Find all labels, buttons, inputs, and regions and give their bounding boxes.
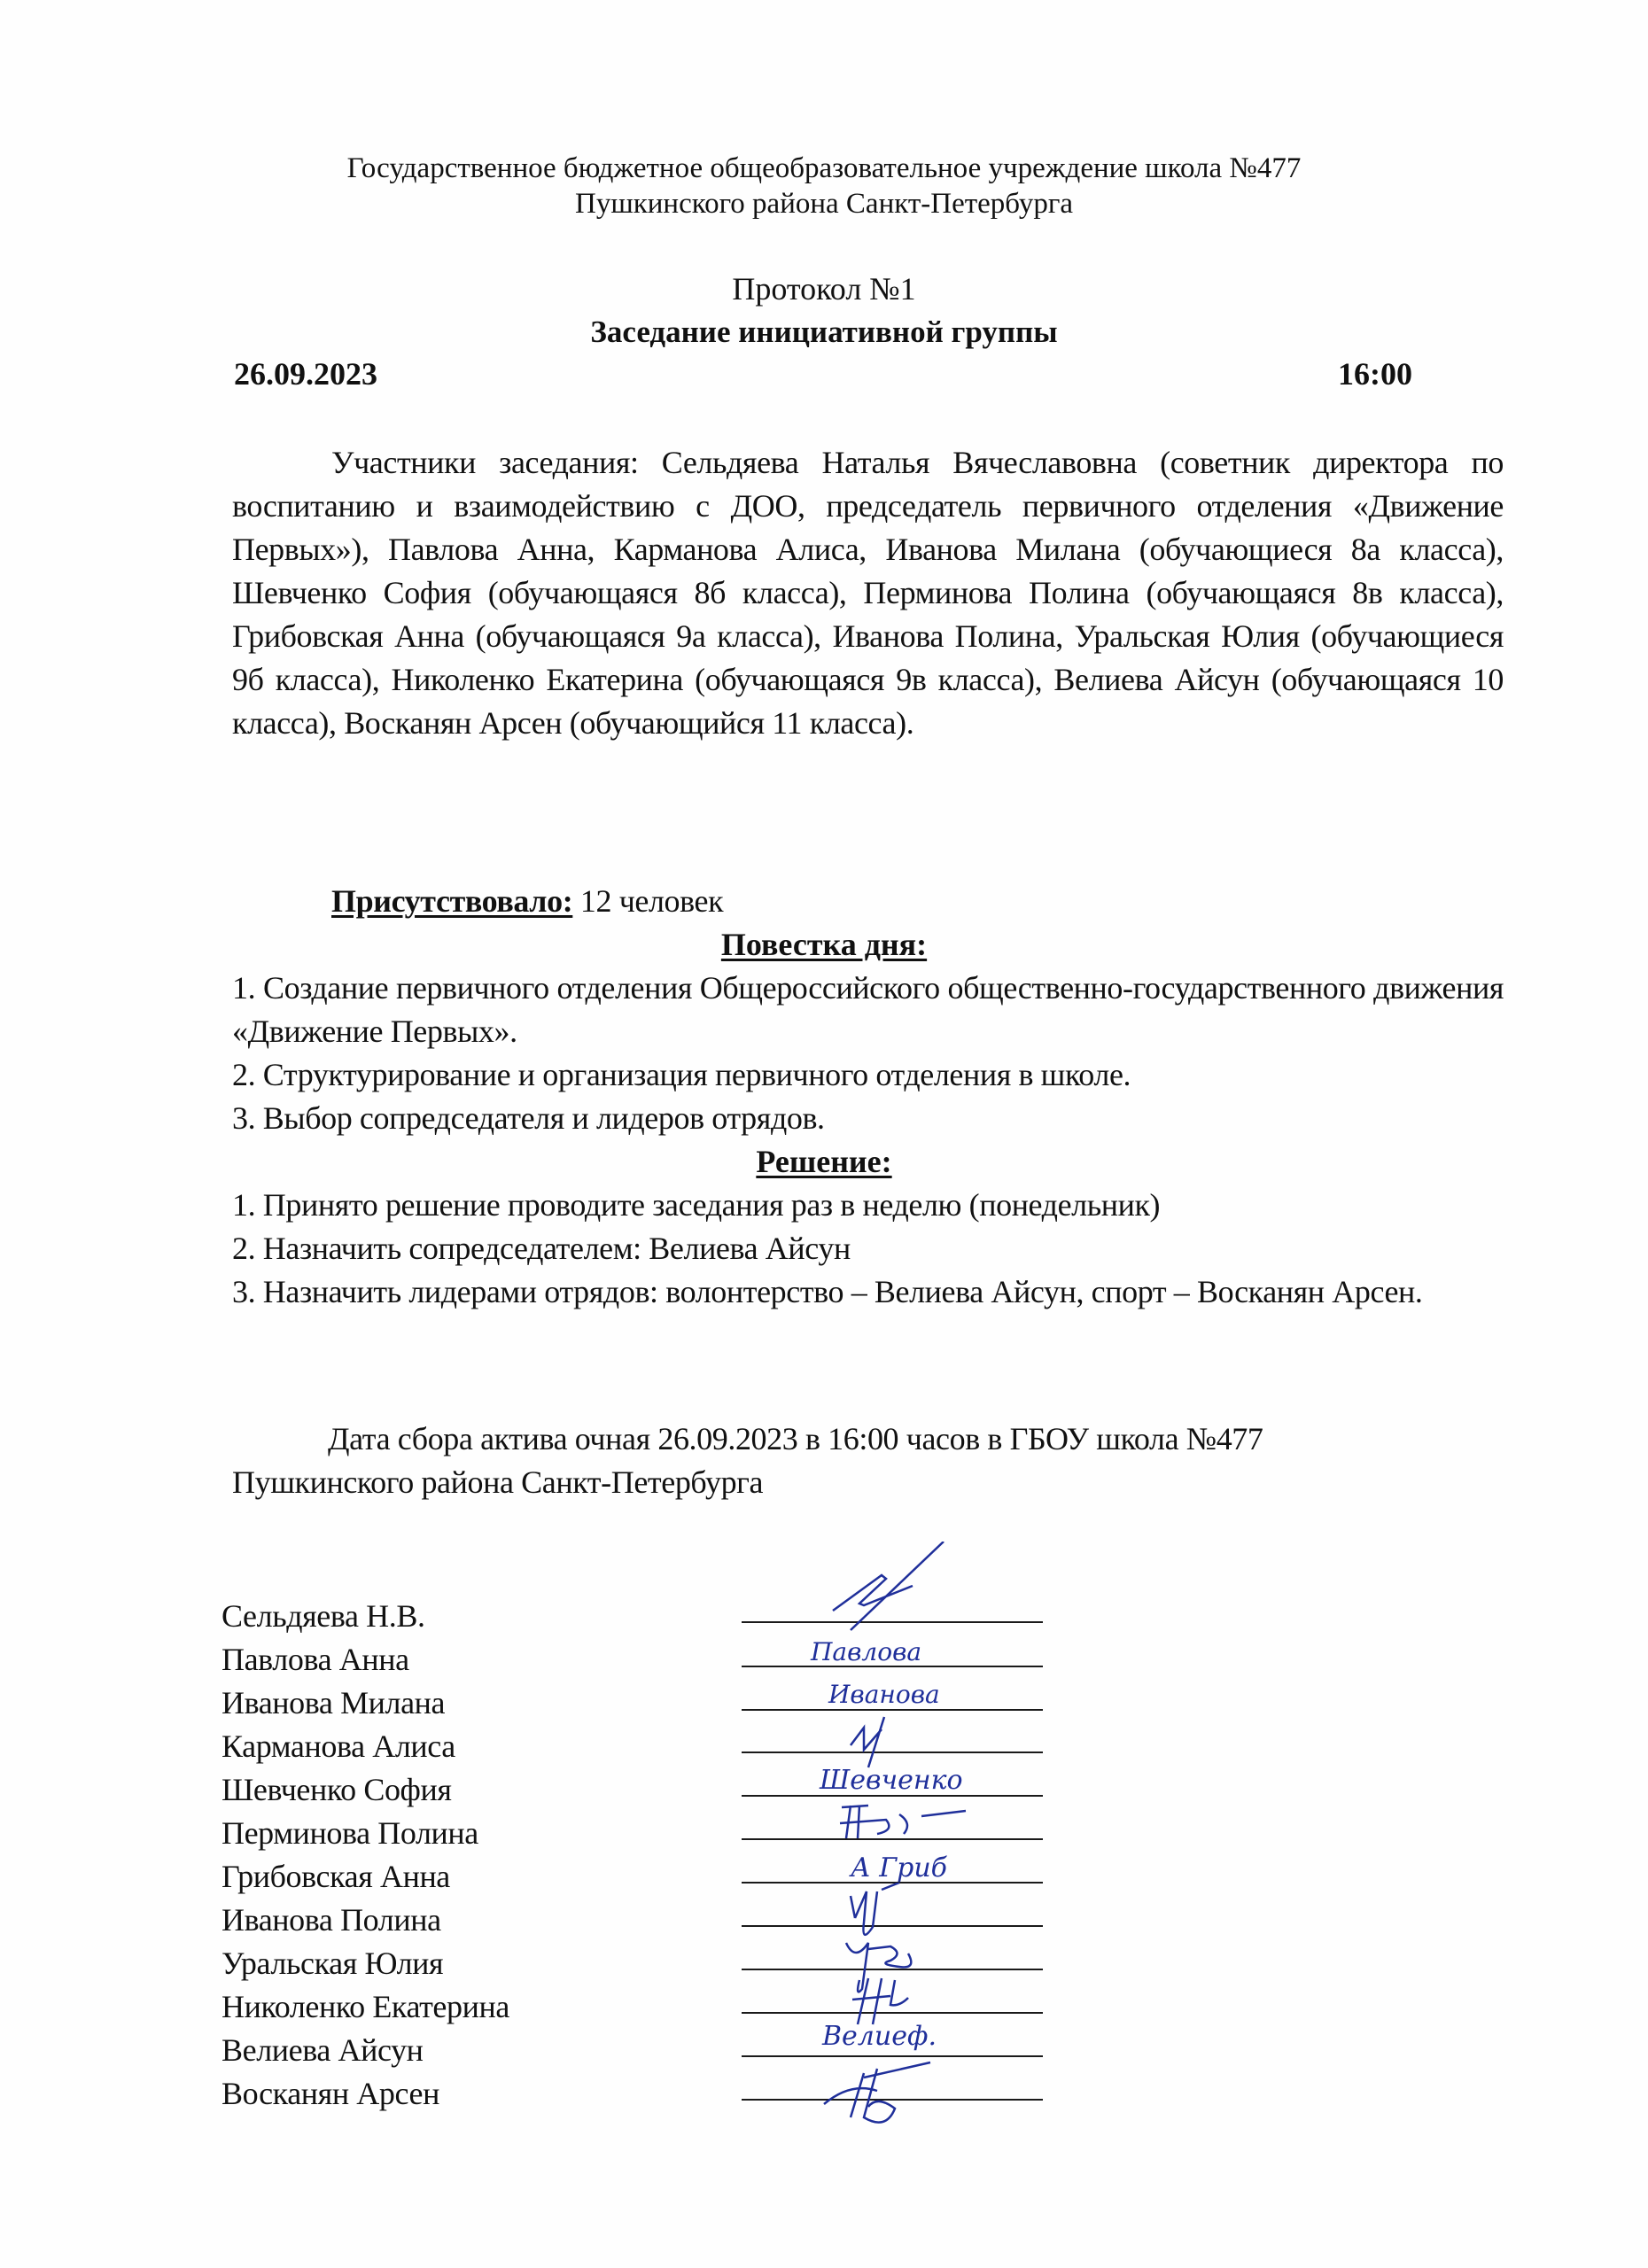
document-page: Государственное бюджетное общеобразовате… bbox=[0, 0, 1648, 2268]
attendance-label: Присутствовало: bbox=[331, 883, 572, 919]
decision-heading: Решение: bbox=[0, 1140, 1648, 1184]
signer-name: Иванова Полина bbox=[222, 1899, 441, 1942]
agenda-item: 3. Выбор сопредседателя и лидеров отрядо… bbox=[232, 1097, 1504, 1140]
svg-text:Шевченко: Шевченко bbox=[819, 1765, 963, 1796]
signer-name: Уральская Юлия bbox=[222, 1942, 443, 1985]
signature-gribovskaya: А Гриб bbox=[833, 1843, 1028, 1887]
signer-name: Павлова Анна bbox=[222, 1638, 409, 1682]
agenda-item: 2. Структурирование и организация первич… bbox=[232, 1053, 1504, 1097]
institution-district: Пушкинского района Санкт-Петербурга bbox=[0, 186, 1648, 221]
agenda-item: 1. Создание первичного отделения Общерос… bbox=[232, 967, 1504, 1053]
meeting-note-line1: Дата сбора актива очная 26.09.2023 в 16:… bbox=[232, 1417, 1504, 1461]
decision-item: 3. Назначить лидерами отрядов: волонтерс… bbox=[232, 1270, 1504, 1314]
meeting-date: 26.09.2023 bbox=[234, 354, 377, 393]
institution-name: Государственное бюджетное общеобразовате… bbox=[0, 151, 1648, 186]
signature-perminova bbox=[833, 1798, 1028, 1843]
svg-text:Павлова: Павлова bbox=[810, 1637, 921, 1666]
protocol-number: Протокол №1 bbox=[0, 269, 1648, 308]
signer-name: Восканян Арсен bbox=[222, 2072, 439, 2116]
signature-pavlova: Павлова bbox=[806, 1630, 983, 1670]
signature-ivanova-m: Иванова bbox=[824, 1673, 1001, 1713]
agenda-heading: Повестка дня: bbox=[0, 923, 1648, 967]
signer-name: Велиева Айсун bbox=[222, 2029, 424, 2072]
signature-voskanyan bbox=[815, 2055, 975, 2135]
meeting-note: Дата сбора актива очная 26.09.2023 в 16:… bbox=[232, 1417, 1504, 1504]
meeting-time: 16:00 bbox=[1338, 354, 1412, 393]
attendance-value: 12 человек bbox=[572, 883, 723, 919]
decision-item: 2. Назначить сопредседателем: Велиева Ай… bbox=[232, 1227, 1504, 1270]
signature-shevchenko: Шевченко bbox=[815, 1759, 1037, 1798]
agenda-list: 1. Создание первичного отделения Общерос… bbox=[232, 967, 1504, 1140]
svg-text:Велиеф.: Велиеф. bbox=[821, 2021, 937, 2052]
attendance: Присутствовало: 12 человек bbox=[331, 880, 1603, 923]
meeting-note-line2: Пушкинского района Санкт-Петербурга bbox=[232, 1461, 1504, 1504]
signer-name: Карманова Алиса bbox=[222, 1725, 455, 1768]
signer-name: Николенко Екатерина bbox=[222, 1985, 509, 2029]
svg-text:Иванова: Иванова bbox=[828, 1680, 940, 1709]
participants-paragraph: Участники заседания: Сельдяева Наталья В… bbox=[232, 441, 1504, 745]
signer-name: Шевченко София bbox=[222, 1768, 452, 1812]
signer-name: Грибовская Анна bbox=[222, 1855, 450, 1899]
svg-text:А Гриб: А Гриб bbox=[849, 1852, 948, 1884]
participants-text: Участники заседания: Сельдяева Наталья В… bbox=[232, 445, 1504, 741]
signer-name: Перминова Полина bbox=[222, 1812, 478, 1855]
signer-name: Сельдяева Н.В. bbox=[222, 1595, 425, 1638]
meeting-title: Заседание инициативной группы bbox=[0, 313, 1648, 352]
decision-list: 1. Принято решение проводите заседания р… bbox=[232, 1184, 1504, 1314]
decision-item: 1. Принято решение проводите заседания р… bbox=[232, 1184, 1504, 1227]
signature-seldyaeva bbox=[797, 1542, 957, 1639]
signer-name: Иванова Милана bbox=[222, 1682, 445, 1725]
